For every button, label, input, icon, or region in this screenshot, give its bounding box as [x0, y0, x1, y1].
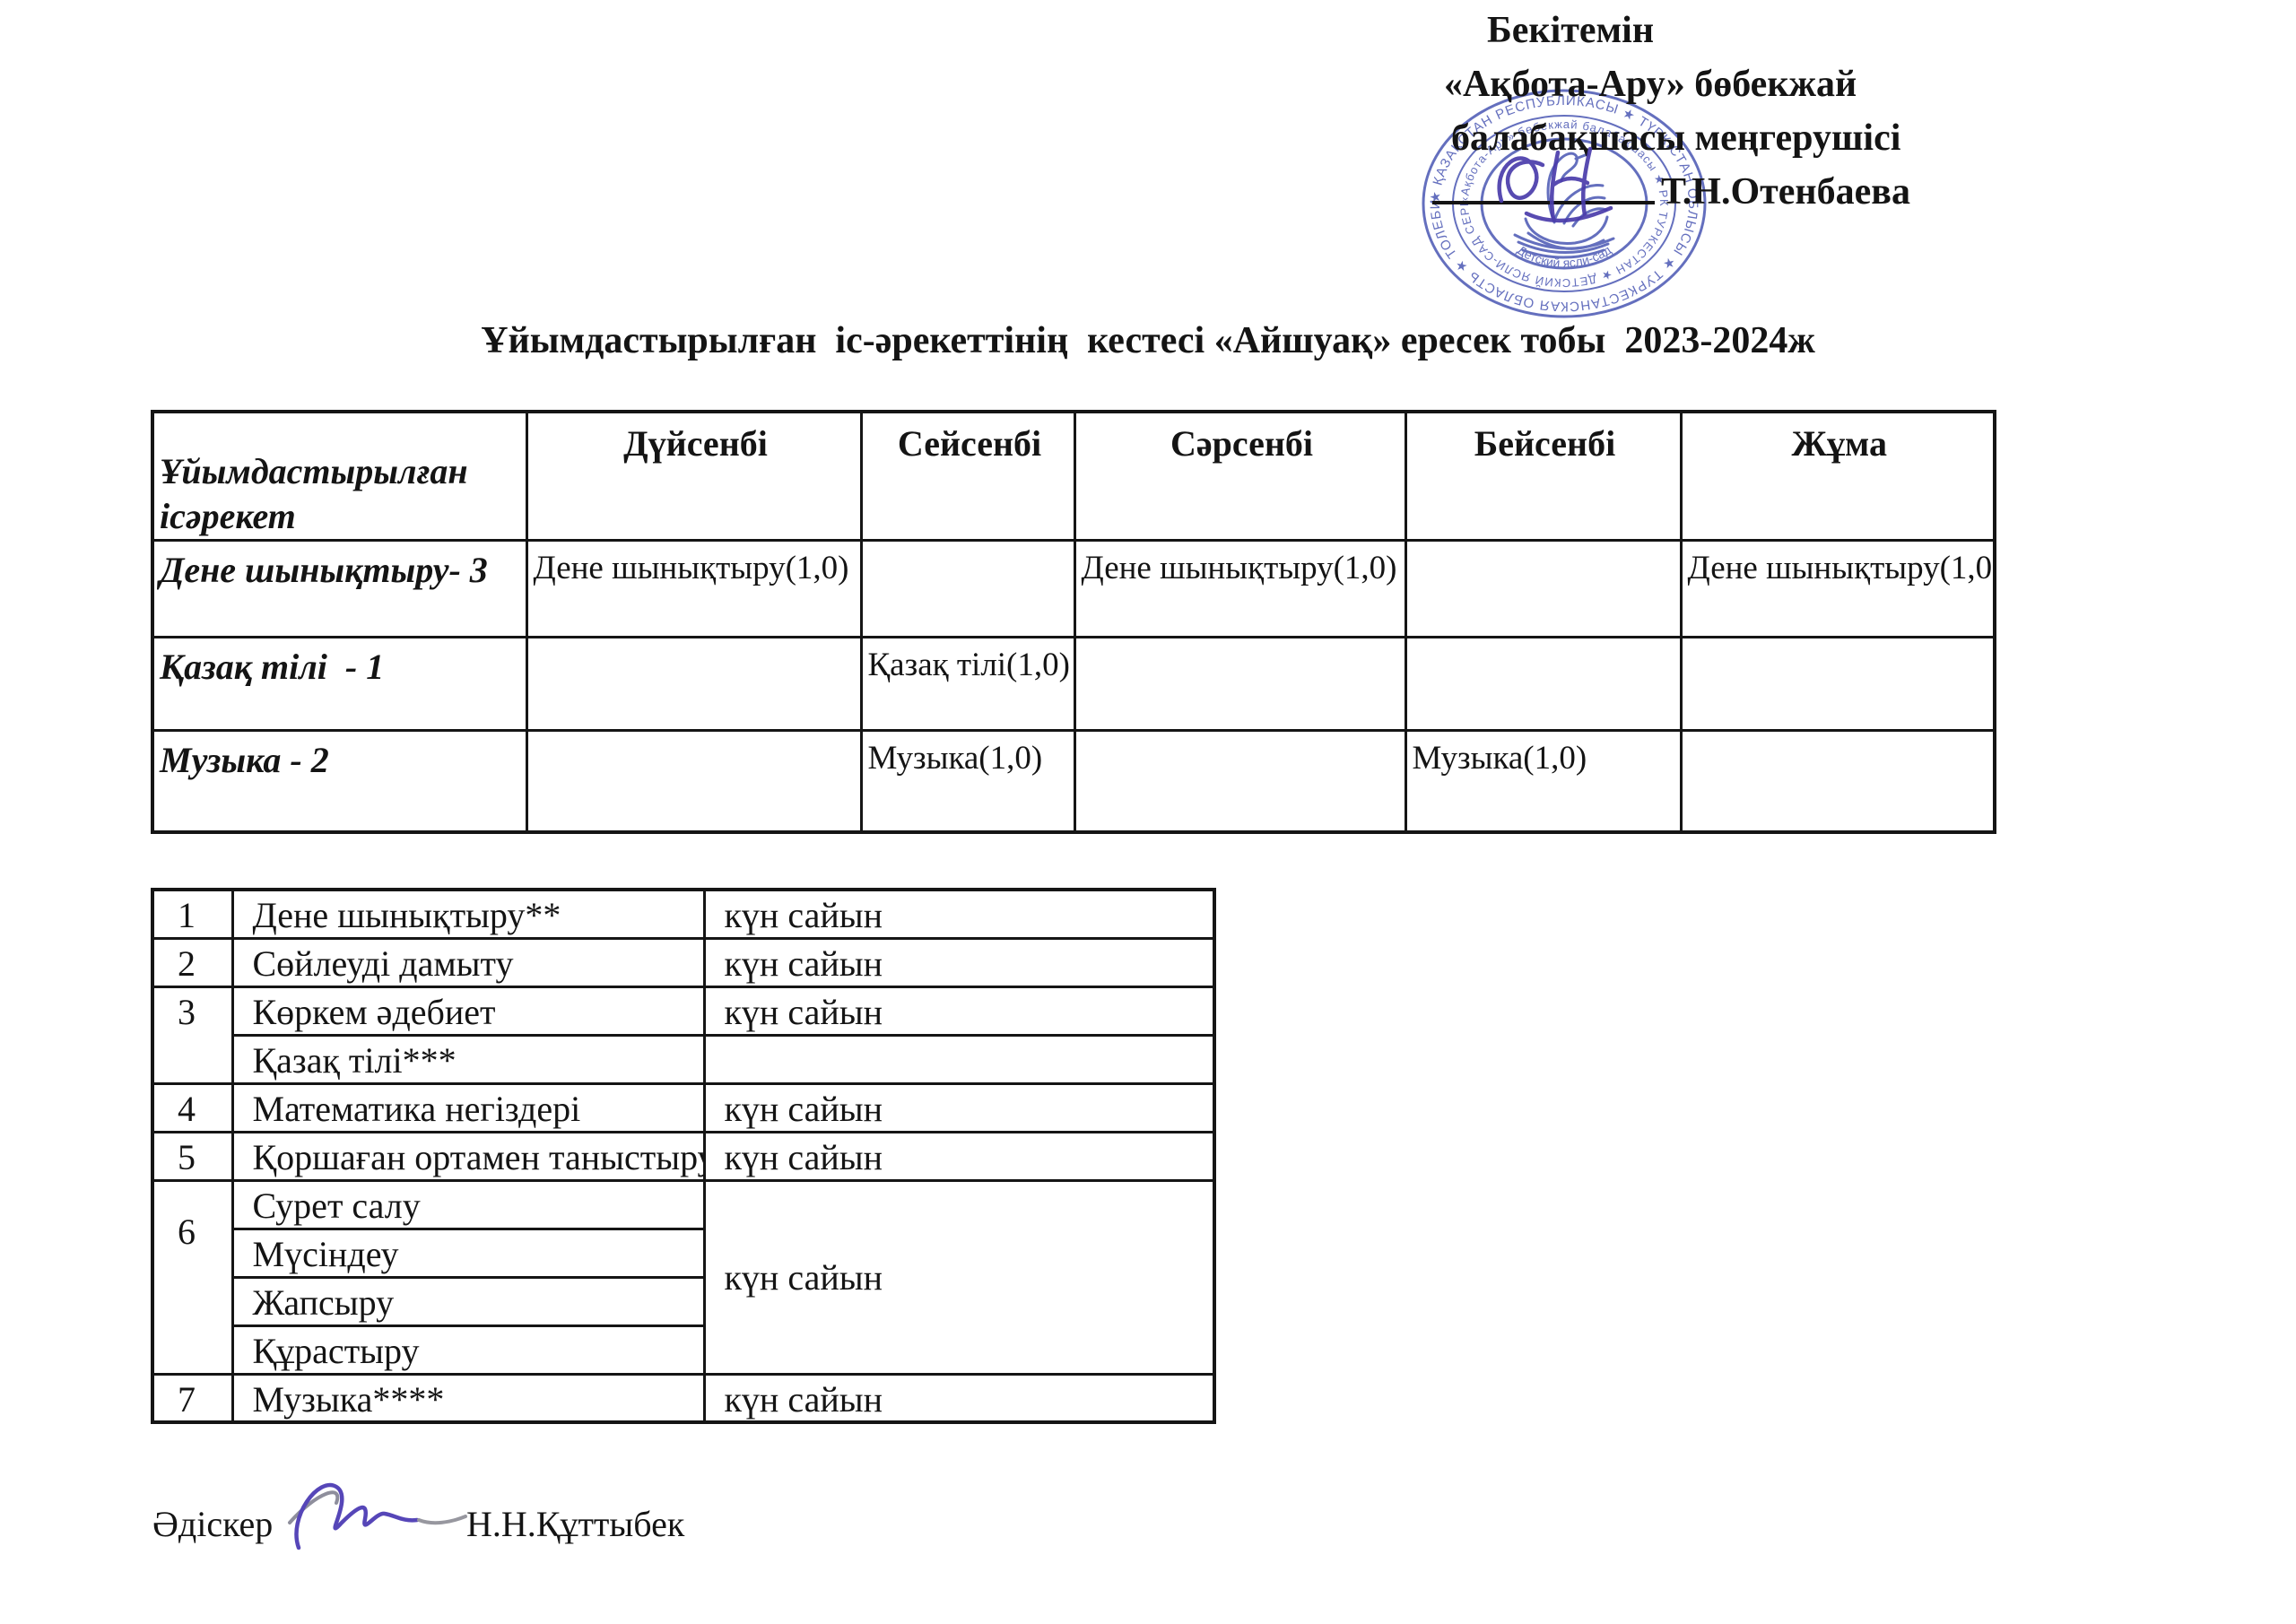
schedule-cell [1405, 541, 1681, 638]
frequency-cell: күн сайын [704, 1180, 1214, 1374]
schedule-cell: Дене шынықтыру(1,0) [526, 541, 861, 638]
activity-label: Музыка - 2 [152, 731, 526, 832]
schedule-cell: Дене шынықтыру(1,0) [1681, 541, 1995, 638]
schedule-cell: Музыка(1,0) [1405, 731, 1681, 832]
weekly-schedule-table: Ұйымдастырылған ісәрекет Дүйсенбі Сейсен… [151, 410, 1996, 834]
methodist-handwritten-signature [274, 1458, 489, 1570]
table-row: 2 Сөйлеуді дамыту күн сайын [152, 938, 1214, 986]
row-number: 1 [152, 890, 232, 938]
table-row: 7 Музыка**** күн сайын [152, 1374, 1214, 1422]
table-row: 3 Көркем әдебиет күн сайын [152, 986, 1214, 1035]
day-header-friday: Жұма [1681, 412, 1995, 541]
schedule-cell [1405, 638, 1681, 731]
row-number: 5 [152, 1132, 232, 1180]
schedule-cell [861, 541, 1074, 638]
methodist-name: Н.Н.Құттыбек [466, 1503, 684, 1545]
row-number: 4 [152, 1083, 232, 1132]
subject-cell: Музыка**** [232, 1374, 704, 1422]
frequency-cell: күн сайын [704, 890, 1214, 938]
row-number: 7 [152, 1374, 232, 1422]
row-number: 2 [152, 938, 232, 986]
approver-handwritten-signature [1471, 131, 1713, 243]
subject-cell: Көркем әдебиет [232, 986, 704, 1035]
table-row: 5 Қоршаған ортамен таныстыру күн сайын [152, 1132, 1214, 1180]
row-number: 3 [152, 986, 232, 1083]
subject-cell: Дене шынықтыру** [232, 890, 704, 938]
table-row: 4 Математика негіздері күн сайын [152, 1083, 1214, 1132]
schedule-row-physical: Дене шынықтыру- 3 Дене шынықтыру(1,0) Де… [152, 541, 1995, 638]
schedule-activity-header: Ұйымдастырылған ісәрекет [152, 412, 526, 541]
document-title: Ұйымдастырылған іс-әрекеттінің кестесі «… [0, 319, 2296, 362]
row-number: 6 [152, 1180, 232, 1374]
daily-activities-table: 1 Дене шынықтыру** күн сайын 2 Сөйлеуді … [151, 888, 1216, 1424]
activity-label: Дене шынықтыру- 3 [152, 541, 526, 638]
table-row: 6 Сурет салу күн сайын [152, 1180, 1214, 1229]
schedule-cell: Қазақ тілі(1,0) [861, 638, 1074, 731]
subject-cell: Құрастыру [232, 1325, 704, 1374]
subject-cell: Жапсыру [232, 1277, 704, 1325]
schedule-cell: Дене шынықтыру(1,0) [1074, 541, 1405, 638]
day-header-monday: Дүйсенбі [526, 412, 861, 541]
frequency-cell: күн сайын [704, 1083, 1214, 1132]
subject-cell: Сурет салу [232, 1180, 704, 1229]
subject-cell: Мүсіндеу [232, 1229, 704, 1277]
schedule-cell [526, 731, 861, 832]
frequency-cell: күн сайын [704, 1374, 1214, 1422]
frequency-cell [704, 1035, 1214, 1083]
schedule-cell [1074, 731, 1405, 832]
subject-cell: Қазақ тілі*** [232, 1035, 704, 1083]
schedule-row-music: Музыка - 2 Музыка(1,0) Музыка(1,0) [152, 731, 1995, 832]
document-page: ★ ҚАЗАҚСТАН РЕСПУБЛИКАСЫ ★ ТҮРКІСТАН ОБЛ… [0, 0, 2296, 1624]
schedule-cell [1681, 731, 1995, 832]
day-header-thursday: Бейсенбі [1405, 412, 1681, 541]
subject-cell: Сөйлеуді дамыту [232, 938, 704, 986]
schedule-row-kazakh: Қазақ тілі - 1 Қазақ тілі(1,0) [152, 638, 1995, 731]
table-row: Қазақ тілі*** [152, 1035, 1214, 1083]
schedule-cell [526, 638, 861, 731]
subject-cell: Қоршаған ортамен таныстыру [232, 1132, 704, 1180]
table-row: 1 Дене шынықтыру** күн сайын [152, 890, 1214, 938]
schedule-header-row: Ұйымдастырылған ісәрекет Дүйсенбі Сейсен… [152, 412, 1995, 541]
organization-name: «Ақбота-Ару» бөбекжай [1444, 63, 1857, 106]
methodist-role-label: Әдіскер [152, 1503, 273, 1545]
frequency-cell: күн сайын [704, 986, 1214, 1035]
frequency-cell: күн сайын [704, 938, 1214, 986]
activity-label: Қазақ тілі - 1 [152, 638, 526, 731]
day-header-tuesday: Сейсенбі [861, 412, 1074, 541]
schedule-cell [1074, 638, 1405, 731]
subject-cell: Математика негіздері [232, 1083, 704, 1132]
day-header-wednesday: Сәрсенбі [1074, 412, 1405, 541]
schedule-cell [1681, 638, 1995, 731]
schedule-cell: Музыка(1,0) [861, 731, 1074, 832]
approval-word: Бекітемін [1487, 9, 1654, 52]
frequency-cell: күн сайын [704, 1132, 1214, 1180]
